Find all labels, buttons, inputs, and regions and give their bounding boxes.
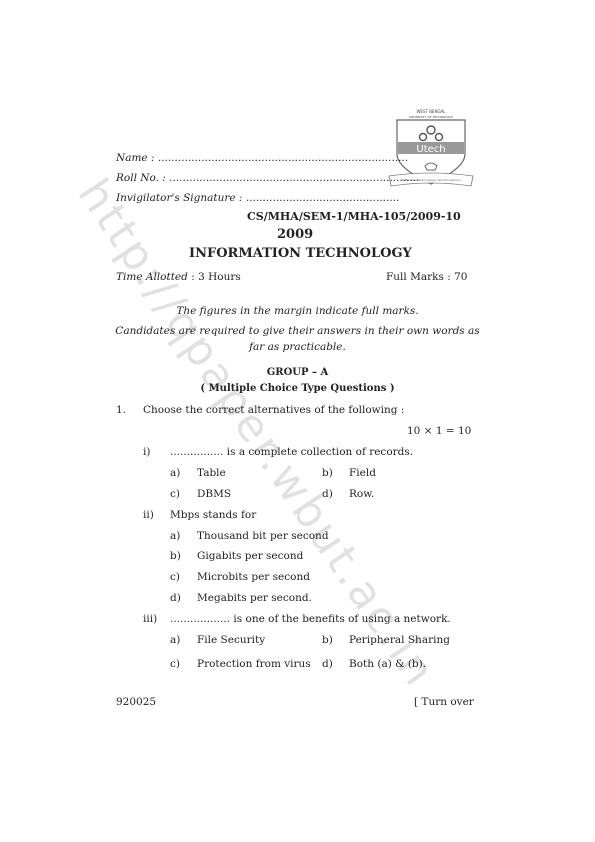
instruction-marks: The figures in the margin indicate full … [0, 305, 595, 317]
paper-year: 2009 [277, 227, 313, 242]
option-text: Both (a) & (b). [349, 658, 426, 670]
option-label: c) [170, 658, 180, 670]
paper-title: INFORMATION TECHNOLOGY [189, 246, 412, 261]
option-text: DBMS [197, 488, 231, 500]
option-label: a) [170, 634, 180, 646]
option-label: b) [170, 550, 181, 562]
option-label: a) [170, 530, 180, 542]
sub-question-text: .................. is one of the benefit… [170, 613, 451, 625]
time-value: : 3 Hours [191, 271, 241, 283]
group-title: GROUP – A [0, 367, 595, 378]
name-dots: ........................................… [158, 152, 408, 164]
invigilator-label: Invigilator's Signature : [116, 192, 242, 204]
invigilator-dots: ........................................… [246, 192, 400, 204]
option-label: c) [170, 571, 180, 583]
option-text: Field [349, 467, 376, 479]
sub-question-text: ................ is a complete collectio… [170, 446, 413, 458]
option-label: c) [170, 488, 180, 500]
footer-code: 920025 [116, 696, 156, 708]
sub-question-number: ii) [143, 509, 154, 521]
svg-text:WEST BENGAL: WEST BENGAL [416, 109, 446, 114]
question-text: Choose the correct alternatives of the f… [143, 404, 404, 416]
group-subtitle: ( Multiple Choice Type Questions ) [0, 383, 595, 394]
option-text: Peripheral Sharing [349, 634, 450, 646]
option-text: Microbits per second [197, 571, 310, 583]
option-text: Gigabits per second [197, 550, 303, 562]
option-label: d) [322, 658, 333, 670]
roll-label: Roll No. : [116, 172, 166, 184]
name-field[interactable]: Name : .................................… [116, 152, 408, 164]
time-label: Time Allotted [116, 271, 188, 283]
option-text: Table [197, 467, 226, 479]
paper-code: CS/MHA/SEM-1/MHA-105/2009-10 [247, 210, 461, 223]
svg-text:UNIVERSITY OF TECHNOLOGY: UNIVERSITY OF TECHNOLOGY [409, 115, 454, 119]
instruction-candidates-1: Candidates are required to give their an… [0, 325, 595, 337]
roll-dots: ........................................… [169, 172, 419, 184]
question-marks: 10 × 1 = 10 [407, 425, 471, 437]
option-text: Thousand bit per second [197, 530, 329, 542]
sub-question-number: i) [143, 446, 150, 458]
question-number: 1. [116, 404, 126, 416]
time-allotted: Time Allotted : 3 Hours [116, 271, 241, 283]
turn-over: [ Turn over [414, 696, 474, 708]
option-text: File Security [197, 634, 265, 646]
option-text: Protection from virus [197, 658, 311, 670]
option-label: b) [322, 467, 333, 479]
svg-text:Utech: Utech [416, 144, 445, 155]
option-label: b) [322, 634, 333, 646]
option-label: d) [322, 488, 333, 500]
full-marks: Full Marks : 70 [386, 271, 467, 283]
option-label: d) [170, 592, 181, 604]
roll-no-field[interactable]: Roll No. : .............................… [116, 172, 420, 184]
option-label: a) [170, 467, 180, 479]
instruction-candidates-2: far as practicable. [0, 341, 595, 353]
option-text: Row. [349, 488, 374, 500]
invigilator-signature-field[interactable]: Invigilator's Signature : ..............… [116, 192, 399, 204]
name-label: Name : [116, 152, 155, 164]
sub-question-number: iii) [143, 613, 157, 625]
option-text: Megabits per second. [197, 592, 312, 604]
sub-question-text: Mbps stands for [170, 509, 256, 521]
